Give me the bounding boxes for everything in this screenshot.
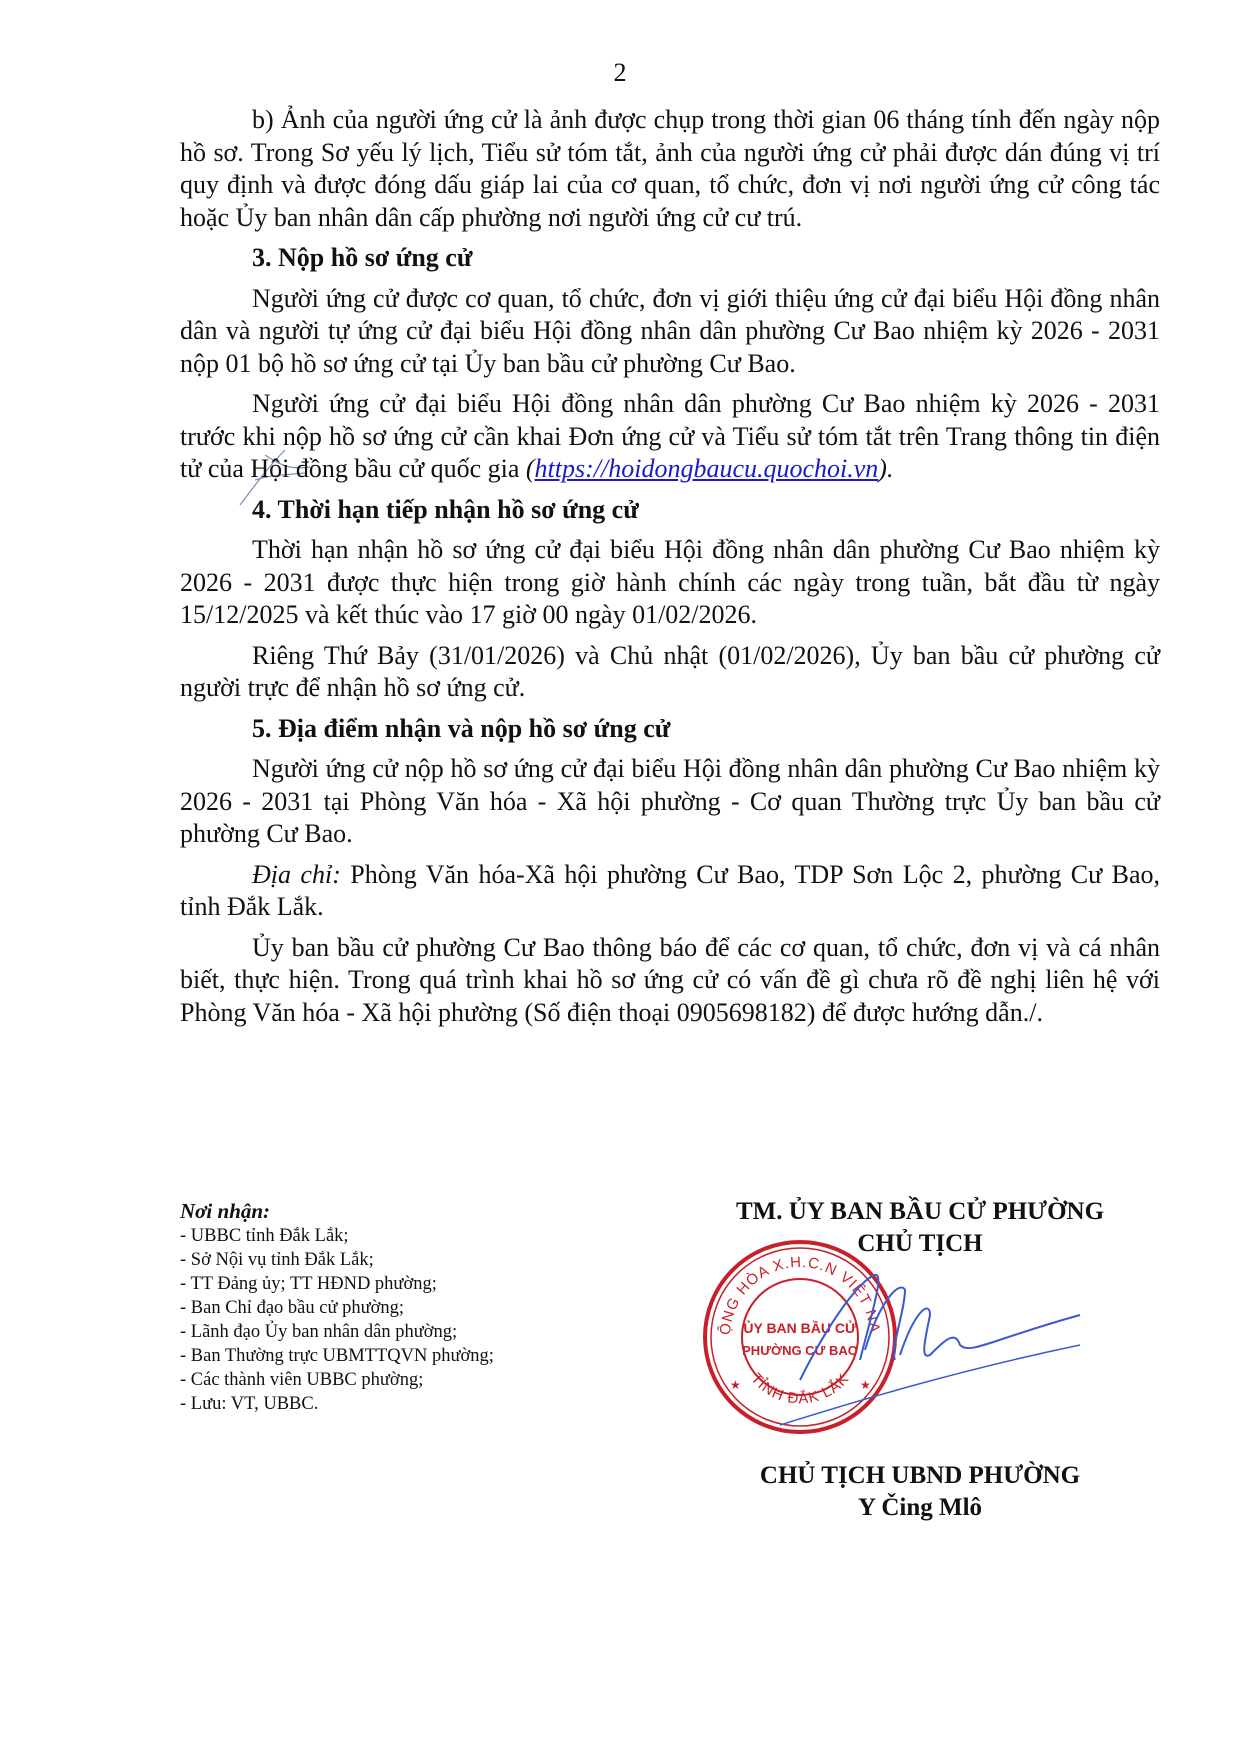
signer-block: CHỦ TỊCH UBND PHƯỜNG Y Čing Mlô xyxy=(680,1460,1160,1524)
recipient-item: - Lưu: VT, UBBC. xyxy=(180,1392,620,1416)
paragraph-5b: Địa chỉ: Phòng Văn hóa-Xã hội phường Cư … xyxy=(180,859,1160,924)
handwritten-signature-icon xyxy=(780,1260,1100,1430)
paragraph-final: Ủy ban bầu cử phường Cư Bao thông báo để… xyxy=(180,932,1160,1030)
paragraph-3a: Người ứng cử được cơ quan, tổ chức, đơn … xyxy=(180,283,1160,381)
paragraph-4b: Riêng Thứ Bảy (31/01/2026) và Chủ nhật (… xyxy=(180,640,1160,705)
paragraph-3b: Người ứng cử đại biểu Hội đồng nhân dân … xyxy=(180,388,1160,486)
recipient-item: - Lãnh đạo Ủy ban nhân dân phường; xyxy=(180,1320,620,1344)
paragraph-b: b) Ảnh của người ứng cử là ảnh được chụp… xyxy=(180,104,1160,234)
recipients-title: Nơi nhận: xyxy=(180,1198,620,1224)
paren-open: ( xyxy=(526,454,535,483)
paragraph-4a: Thời hạn nhận hồ sơ ứng cử đại biểu Hội … xyxy=(180,534,1160,632)
sign-title-line1: TM. ỦY BAN BẦU CỬ PHƯỜNG xyxy=(680,1196,1160,1228)
recipients-block: Nơi nhận: - UBBC tỉnh Đắk Lắk; - Sở Nội … xyxy=(180,1198,620,1416)
paren-close: ). xyxy=(878,454,893,483)
document-body: b) Ảnh của người ứng cử là ảnh được chụp… xyxy=(180,104,1160,1029)
heading-3: 3. Nộp hồ sơ ứng cử xyxy=(180,242,1160,275)
recipient-item: - Ban Chỉ đạo bầu cử phường; xyxy=(180,1296,620,1320)
recipient-item: - Các thành viên UBBC phường; xyxy=(180,1368,620,1392)
signer-name: Y Čing Mlô xyxy=(680,1492,1160,1524)
recipient-item: - UBBC tỉnh Đắk Lắk; xyxy=(180,1224,620,1248)
recipient-item: - TT Đảng ủy; TT HĐND phường; xyxy=(180,1272,620,1296)
signer-title: CHỦ TỊCH UBND PHƯỜNG xyxy=(680,1460,1160,1492)
heading-4: 4. Thời hạn tiếp nhận hồ sơ ứng cử xyxy=(180,494,1160,527)
recipient-item: - Ban Thường trực UBMTTQVN phường; xyxy=(180,1344,620,1368)
address-label: Địa chỉ: xyxy=(252,860,341,889)
page-number: 2 xyxy=(0,58,1240,88)
heading-5: 5. Địa điểm nhận và nộp hồ sơ ứng cử xyxy=(180,713,1160,746)
svg-text:★: ★ xyxy=(730,1378,741,1392)
paragraph-5a: Người ứng cử nộp hồ sơ ứng cử đại biểu H… xyxy=(180,753,1160,851)
recipient-item: - Sở Nội vụ tỉnh Đắk Lắk; xyxy=(180,1248,620,1272)
election-council-link[interactable]: https://hoidongbaucu.quochoi.vn xyxy=(535,454,879,483)
